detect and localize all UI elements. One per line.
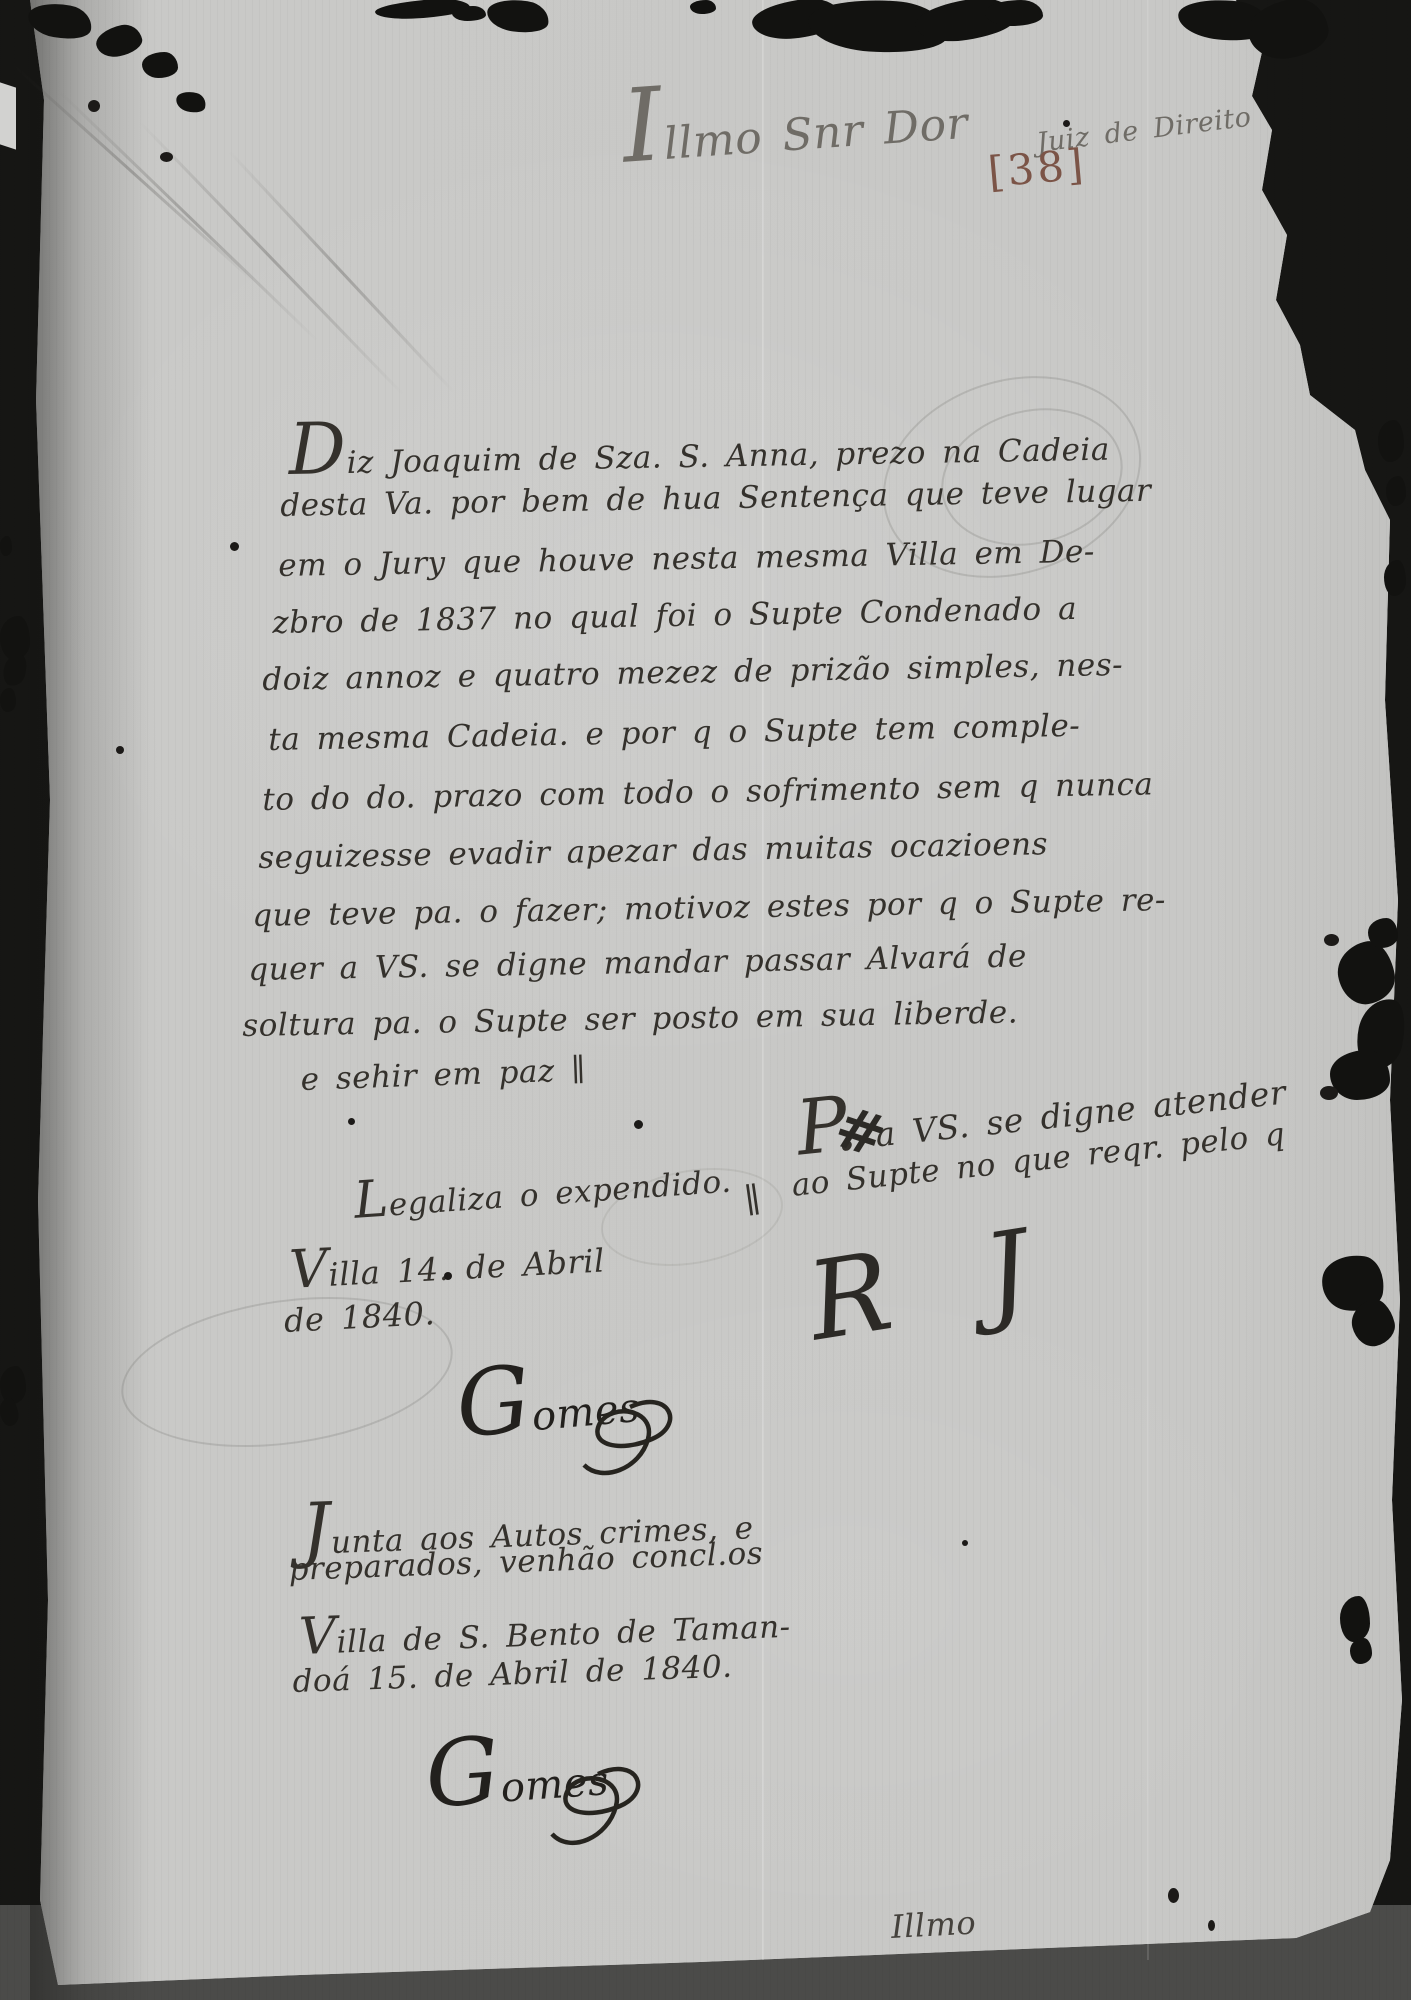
- ink-dot: [1063, 120, 1070, 127]
- ink-dot: [634, 1120, 643, 1129]
- ink-blob: [1330, 1050, 1390, 1100]
- ink-blob: [1340, 1596, 1370, 1642]
- ink-blob: [0, 1366, 26, 1404]
- ink-blob: [1368, 918, 1398, 948]
- ink-blob: [985, 0, 1043, 26]
- ink-dot: [230, 542, 239, 551]
- ink-blob: [1378, 420, 1404, 462]
- ink-dot: [1168, 1888, 1179, 1903]
- folio-number: [38]: [986, 139, 1088, 196]
- fold-line: [1147, 0, 1149, 1960]
- fold-line: [762, 0, 764, 1960]
- ink-blob: [452, 6, 486, 21]
- ink-blob: [0, 536, 12, 556]
- footer-note: Illmo: [890, 1904, 977, 1946]
- ink-dot: [1320, 1086, 1338, 1100]
- signature-rubric: [560, 1395, 690, 1485]
- ink-blob: [1350, 1638, 1372, 1664]
- ink-blob: [1384, 560, 1406, 596]
- ink-dot: [88, 100, 100, 112]
- scanned-manuscript-page: Illmo Snr Dor Juiz de Direito [38] Diz J…: [0, 0, 1411, 2000]
- ink-dot: [962, 1540, 968, 1546]
- ink-dot: [160, 152, 173, 162]
- ink-blob: [690, 0, 716, 14]
- ink-blob: [0, 688, 16, 712]
- header-invocation: Illmo Snr Dor: [618, 44, 971, 186]
- ink-blob: [1386, 476, 1406, 506]
- signature-rubric: [528, 1762, 658, 1857]
- ink-dot: [1208, 1920, 1215, 1931]
- ink-blob: [0, 616, 30, 660]
- ink-blob: [142, 52, 178, 78]
- ink-dot: [116, 746, 124, 754]
- despacho-line: de 1840.: [283, 1294, 436, 1340]
- ink-dot: [348, 1118, 355, 1125]
- ink-dot: [444, 1272, 452, 1280]
- ink-dot: [1324, 934, 1339, 946]
- adjacent-page-sliver: [0, 82, 16, 149]
